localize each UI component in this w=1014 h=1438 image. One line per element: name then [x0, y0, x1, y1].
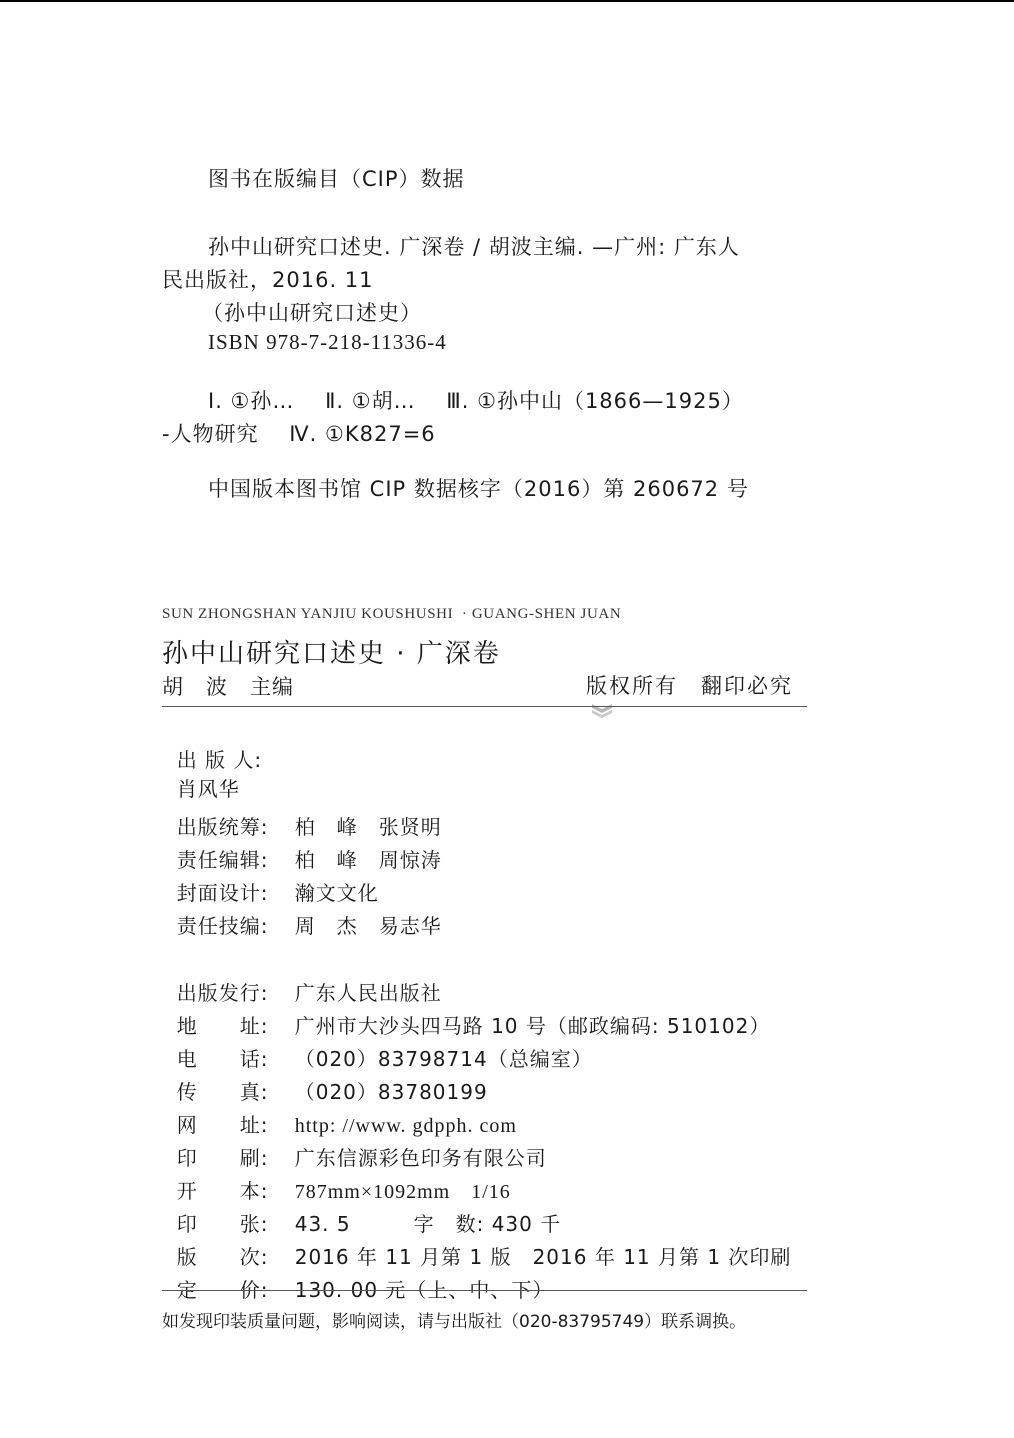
cip-isbn: ISBN 978-7-218-11336-4	[208, 330, 447, 355]
footer-notice: 如发现印装质量问题，影响阅读，请与出版社（020-83795749）联系调换。	[162, 1307, 746, 1332]
cip-heading: 图书在版编目（CIP）数据	[208, 163, 465, 193]
staff-row: 责任技编:周 杰 易志华	[162, 886, 442, 939]
editor: 胡 波 主编	[162, 671, 294, 701]
copyright-text: 版权所有 翻印必究	[586, 670, 793, 700]
cip-classification-line2: -人物研究 Ⅳ. ①K827=6	[162, 418, 436, 448]
divider-bottom	[162, 1290, 807, 1291]
publisher-person-label: 出 版 人:	[177, 748, 262, 772]
cip-series: （孙中山研究口述史）	[202, 297, 422, 327]
detail-row: 定 价:130. 00 元（上、中、下）	[162, 1250, 553, 1303]
divider-top	[162, 706, 807, 707]
copyright-notice: 版权所有 翻印必究	[556, 670, 793, 700]
cip-entry-line2: 民出版社，2016. 11	[162, 264, 374, 294]
english-title: SUN ZHONGSHAN YANJIU KOUSHUSHI · GUANG-S…	[162, 606, 621, 623]
cip-entry-line1: 孙中山研究口述史. 广深卷 / 胡波主编. —广州: 广东人	[208, 231, 740, 261]
cip-number: 中国版本图书馆 CIP 数据核字（2016）第 260672 号	[208, 473, 749, 503]
copyright-book-icon	[556, 676, 578, 694]
cip-classification-line1: Ⅰ. ①孙… Ⅱ. ①胡… Ⅲ. ①孙中山（1866—1925）	[208, 385, 744, 415]
top-border	[0, 0, 1014, 2]
chinese-title: 孙中山研究口述史 · 广深卷	[162, 633, 501, 670]
